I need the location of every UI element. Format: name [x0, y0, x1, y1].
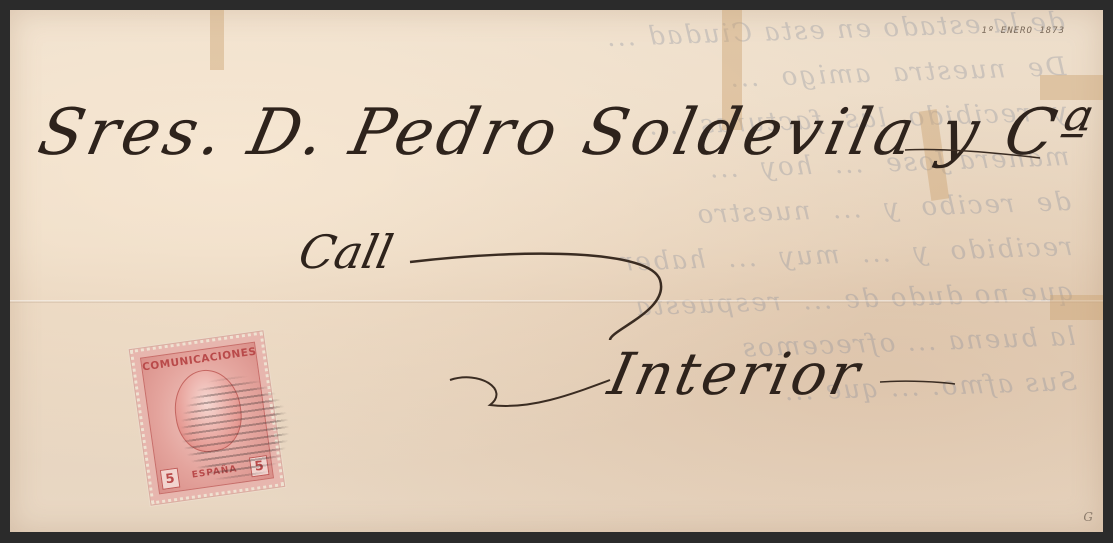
corner-collector-mark: G — [1083, 510, 1093, 524]
horizontal-fold-line — [10, 300, 1103, 303]
address-street: Call — [294, 225, 398, 279]
stamp-value-left: 5 — [160, 468, 181, 490]
letter-cover: de la estado en esta Ciudad ... De nuest… — [10, 10, 1103, 532]
stamp-top-label: COMUNICACIONES — [142, 346, 257, 374]
date-stamp: 1º ENERO 1873 — [982, 26, 1065, 36]
tape-strip — [210, 10, 224, 70]
postage-stamp: COMUNICACIONES 5 ESPAÑA 5 — [130, 331, 284, 504]
addressee-name: Sres. D. Pedro Soldevila y Cª — [32, 96, 1101, 170]
address-destination: Interior — [603, 340, 868, 408]
tape-strip — [1050, 295, 1103, 320]
